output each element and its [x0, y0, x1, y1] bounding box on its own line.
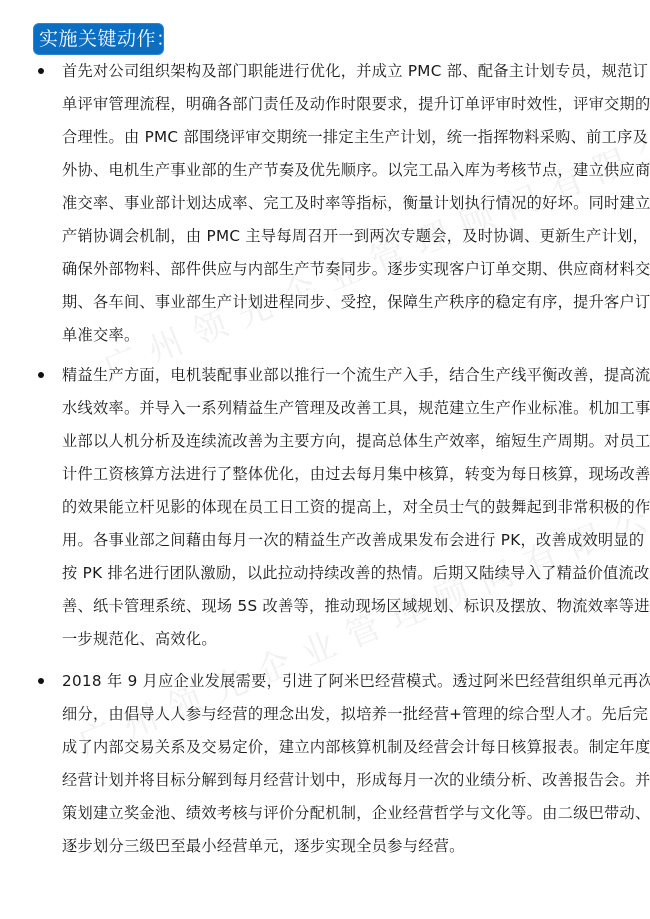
text-line: 精益生产方面，电机装配事业部以推行一个流生产入手，结合生产线平衡改善，提高流: [62, 365, 650, 385]
text-line: 外协、电机生产事业部的生产节奏及优先顺序。以完工品入库为考核节点，建立供应商: [62, 160, 650, 180]
text-line: 产销协调会机制，由 PMC 主导每周召开一到两次专题会，及时协调、更新生产计划，: [62, 226, 648, 246]
bullet-dot-icon: [38, 68, 44, 74]
text-line: 用。各事业部之间藉由每月一次的精益生产改善成果发布会进行 PK，改善成效明显的: [62, 530, 644, 550]
text-line: 首先对公司组织架构及部门职能进行优化，并成立 PMC 部、配备主计划专员，规范订: [62, 61, 648, 81]
section-header: 实施关键动作：: [33, 23, 164, 55]
bullet-dot-icon: [38, 678, 44, 684]
bullet-dot-icon: [38, 372, 44, 378]
text-line: 计件工资核算方法进行了整体优化，由过去每月集中核算，转变为每日核算，现场改善: [62, 464, 650, 484]
text-line: 善、纸卡管理系统、现场 5S 改善等，推动现场区域规划、标识及摆放、物流效率等进: [62, 596, 650, 616]
text-line: 一步规范化、高效化。: [62, 629, 217, 649]
text-line: 细分，由倡导人人参与经营的理念出发，拟培养一批经营+管理的综合型人才。先后完: [62, 704, 648, 724]
text-line: 期、各车间、事业部生产计划进程同步、受控，保障生产秩序的稳定有序，提升客户订: [62, 292, 650, 312]
section-title: 实施关键动作：: [39, 27, 176, 51]
text-line: 逐步划分三级巴至最小经营单元，逐步实现全员参与经营。: [62, 836, 465, 856]
text-line: 的效果能立杆见影的体现在员工日工资的提高上，对全员士气的鼓舞起到非常积极的作: [62, 497, 650, 517]
text-line: 2018 年 9 月应企业发展需要，引进了阿米巴经营模式。透过阿米巴经营组织单元…: [62, 671, 650, 691]
text-line: 策划建立奖金池、绩效考核与评价分配机制，企业经营哲学与文化等。由二级巴带动、: [62, 803, 650, 823]
text-line: 按 PK 排名进行团队激励，以此拉动持续改善的热情。后期又陆续导入了精益价值流改: [62, 563, 650, 583]
text-line: 准交率、事业部计划达成率、完工及时率等指标，衡量计划执行情况的好坏。同时建立: [62, 193, 650, 213]
text-line: 单评审管理流程，明确各部门责任及动作时限要求，提升订单评审时效性，评审交期的: [62, 94, 650, 114]
text-line: 经营计划并将目标分解到每月经营计划中，形成每月一次的业绩分析、改善报告会。并: [62, 770, 650, 790]
text-line: 确保外部物料、部件供应与内部生产节奏同步。逐步实现客户订单交期、供应商材料交: [62, 259, 650, 279]
text-line: 单准交率。: [62, 325, 139, 345]
text-line: 水线效率。并导入一系列精益生产管理及改善工具，规范建立生产作业标准。机加工事: [62, 398, 650, 418]
text-line: 成了内部交易关系及交易定价，建立内部核算机制及经营会计每日核算报表。制定年度: [62, 737, 650, 757]
text-line: 业部以人机分析及连续流改善为主要方向，提高总体生产效率，缩短生产周期。对员工: [62, 431, 650, 451]
text-line: 合理性。由 PMC 部围绕评审交期统一排定主生产计划，统一指挥物料采购、前工序及: [62, 127, 648, 147]
